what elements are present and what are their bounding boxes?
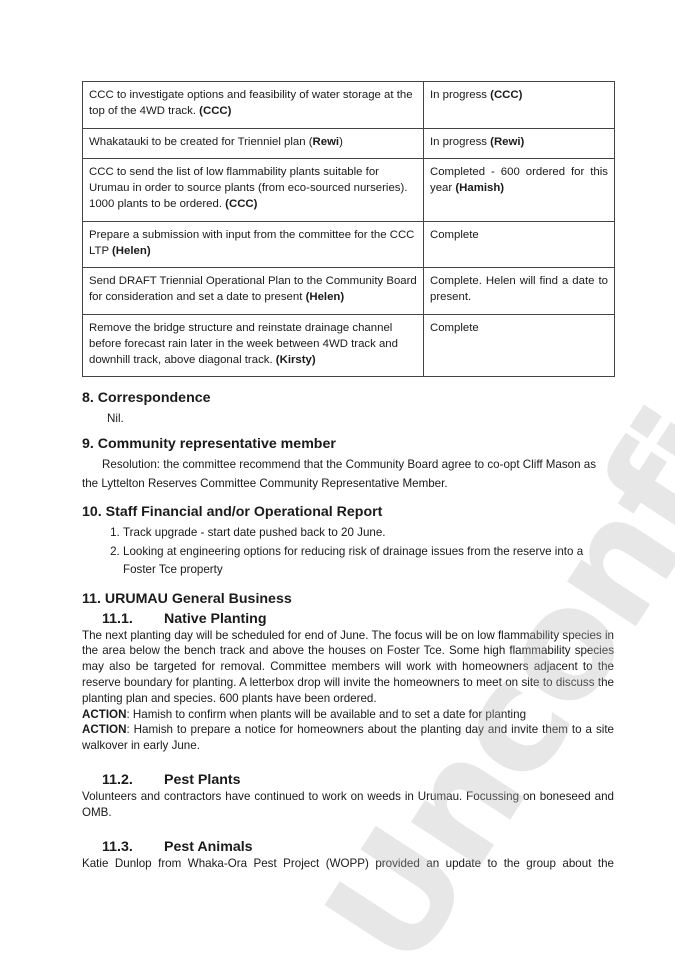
status-owner: (Rewi) bbox=[490, 136, 524, 148]
subsection-heading: 11.1.Native Planting bbox=[82, 610, 614, 628]
list-item: Track upgrade - start date pushed back t… bbox=[123, 524, 614, 543]
action-text: : Hamish to confirm when plants will be … bbox=[126, 708, 526, 721]
action-item: ACTION: Hamish to confirm when plants wi… bbox=[82, 707, 614, 723]
task-cell: Send DRAFT Triennial Operational Plan to… bbox=[83, 268, 424, 315]
status-text: In progress bbox=[430, 89, 487, 101]
section-heading: 11. URUMAU General Business bbox=[82, 590, 614, 608]
task-owner: (CCC) bbox=[225, 198, 257, 210]
status-cell: Complete bbox=[424, 221, 615, 268]
task-cell: Remove the bridge structure and reinstat… bbox=[83, 314, 424, 376]
task-text: Remove the bridge structure and reinstat… bbox=[89, 322, 398, 366]
subsection-title: Pest Plants bbox=[164, 772, 241, 788]
section-heading: 8. Correspondence bbox=[82, 389, 614, 407]
subsection-title: Native Planting bbox=[164, 611, 267, 627]
task-text: Send DRAFT Triennial Operational Plan to… bbox=[89, 275, 417, 303]
task-owner: Rewi bbox=[313, 136, 340, 148]
table-row: Whakatauki to be created for Trienniel p… bbox=[83, 128, 615, 159]
subsection-pest-animals: 11.3.Pest Animals Katie Dunlop from Whak… bbox=[82, 838, 614, 872]
task-suffix: ) bbox=[339, 136, 343, 148]
subsection-number: 11.3. bbox=[102, 838, 164, 856]
status-cell: Complete. Helen will find a date to pres… bbox=[424, 268, 615, 315]
action-items-table: CCC to investigate options and feasibili… bbox=[82, 81, 615, 377]
action-label: ACTION bbox=[82, 723, 126, 736]
task-text: Whakatauki to be created for Trienniel p… bbox=[89, 136, 313, 148]
task-cell: Prepare a submission with input from the… bbox=[83, 221, 424, 268]
document-page: CCC to investigate options and feasibili… bbox=[82, 81, 614, 871]
section-heading: 9. Community representative member bbox=[82, 435, 614, 453]
subsection-title: Pest Animals bbox=[164, 839, 253, 855]
section-correspondence: 8. Correspondence Nil. bbox=[82, 389, 614, 427]
section-urumau-general-business: 11. URUMAU General Business 11.1.Native … bbox=[82, 590, 614, 872]
subsection-body: The next planting day will be scheduled … bbox=[82, 628, 614, 707]
task-cell: CCC to send the list of low flammability… bbox=[83, 159, 424, 221]
status-cell: Complete bbox=[424, 314, 615, 376]
status-owner: (Hamish) bbox=[455, 182, 504, 194]
subsection-heading: 11.3.Pest Animals bbox=[82, 838, 614, 856]
action-label: ACTION bbox=[82, 708, 126, 721]
table-row: CCC to investigate options and feasibili… bbox=[83, 82, 615, 129]
table-row: Send DRAFT Triennial Operational Plan to… bbox=[83, 268, 615, 315]
status-text: Complete bbox=[430, 322, 479, 334]
action-item: ACTION: Hamish to prepare a notice for h… bbox=[82, 722, 614, 754]
table-row: Prepare a submission with input from the… bbox=[83, 221, 615, 268]
resolution-text: Resolution: the committee recommend that… bbox=[82, 456, 614, 493]
status-text: In progress bbox=[430, 136, 487, 148]
subsection-body: Katie Dunlop from Whaka-Ora Pest Project… bbox=[82, 856, 614, 872]
status-cell: In progress (Rewi) bbox=[424, 128, 615, 159]
subsection-number: 11.1. bbox=[102, 610, 164, 628]
task-owner: (Helen) bbox=[112, 245, 151, 257]
section-staff-report: 10. Staff Financial and/or Operational R… bbox=[82, 503, 614, 580]
status-owner: (CCC) bbox=[490, 89, 522, 101]
subsection-number: 11.2. bbox=[102, 771, 164, 789]
table-row: CCC to send the list of low flammability… bbox=[83, 159, 615, 221]
subsection-heading: 11.2.Pest Plants bbox=[82, 771, 614, 789]
status-cell: In progress (CCC) bbox=[424, 82, 615, 129]
task-owner: (CCC) bbox=[199, 105, 231, 117]
section-body: Nil. bbox=[82, 411, 614, 427]
section-heading: 10. Staff Financial and/or Operational R… bbox=[82, 503, 614, 521]
task-cell: Whakatauki to be created for Trienniel p… bbox=[83, 128, 424, 159]
task-text: CCC to investigate options and feasibili… bbox=[89, 89, 413, 117]
status-text: Complete. Helen will find a date to pres… bbox=[430, 275, 608, 303]
report-list: Track upgrade - start date pushed back t… bbox=[82, 524, 614, 580]
task-owner: (Kirsty) bbox=[276, 354, 316, 366]
section-community-representative: 9. Community representative member Resol… bbox=[82, 435, 614, 493]
status-text: Complete bbox=[430, 229, 479, 241]
action-text: : Hamish to prepare a notice for homeown… bbox=[82, 723, 614, 752]
status-cell: Completed - 600 ordered for this year (H… bbox=[424, 159, 615, 221]
table-row: Remove the bridge structure and reinstat… bbox=[83, 314, 615, 376]
list-item: Looking at engineering options for reduc… bbox=[123, 543, 614, 580]
task-owner: (Helen) bbox=[306, 291, 345, 303]
subsection-pest-plants: 11.2.Pest Plants Volunteers and contract… bbox=[82, 771, 614, 821]
task-cell: CCC to investigate options and feasibili… bbox=[83, 82, 424, 129]
subsection-body: Volunteers and contractors have continue… bbox=[82, 789, 614, 821]
subsection-native-planting: 11.1.Native Planting The next planting d… bbox=[82, 610, 614, 754]
